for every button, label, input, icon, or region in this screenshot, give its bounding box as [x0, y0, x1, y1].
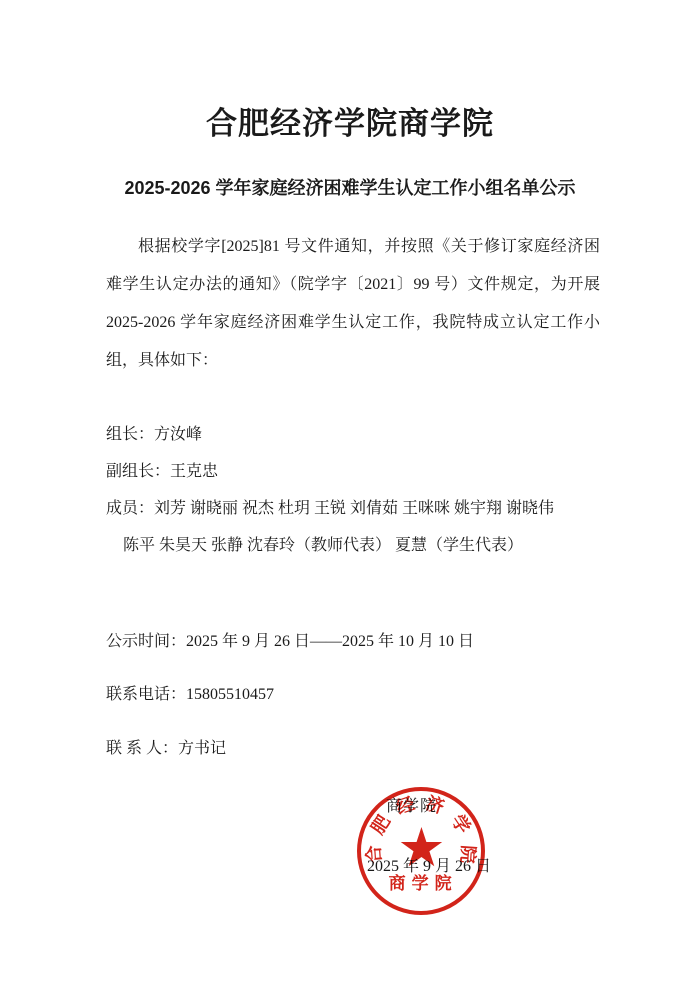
signature-department: 商学院 [386, 797, 437, 817]
group-members-line-2: 陈平 朱昊天 张静 沈春玲（教师代表） 夏慧（学生代表） [106, 527, 606, 564]
signature-date: 2025 年 9 月 26 日 [367, 857, 491, 877]
contact-person-line: 联 系 人：方书记 [106, 739, 226, 759]
working-group-list: 组长：方汝峰 副组长：王克忠 成员：刘芳 谢晓丽 祝杰 杜玥 王锐 刘倩茹 王咪… [106, 416, 606, 564]
group-deputy-leader-line: 副组长：王克忠 [106, 453, 606, 490]
seal-arc-char: 学 [448, 812, 473, 837]
document-page: 合肥经济学院商学院 2025-2026 学年家庭经济困难学生认定工作小组名单公示… [0, 0, 700, 989]
publicity-period-line: 公示时间：2025 年 9 月 26 日——2025 年 10 月 10 日 [106, 632, 474, 652]
page-title: 合肥经济学院商学院 [0, 104, 700, 144]
page-subtitle: 2025-2026 学年家庭经济困难学生认定工作小组名单公示 [0, 176, 700, 200]
seal-bottom-text: 商学院 [389, 875, 458, 892]
group-members-line-1: 成员：刘芳 谢晓丽 祝杰 杜玥 王锐 刘倩茹 王咪咪 姚宇翔 谢晓伟 [106, 490, 606, 527]
contact-phone-line: 联系电话：15805510457 [106, 685, 274, 705]
group-leader-line: 组长：方汝峰 [106, 416, 606, 453]
intro-paragraph: 根据校学字[2025]81 号文件通知，并按照《关于修订家庭经济困难学生认定办法… [106, 228, 600, 380]
